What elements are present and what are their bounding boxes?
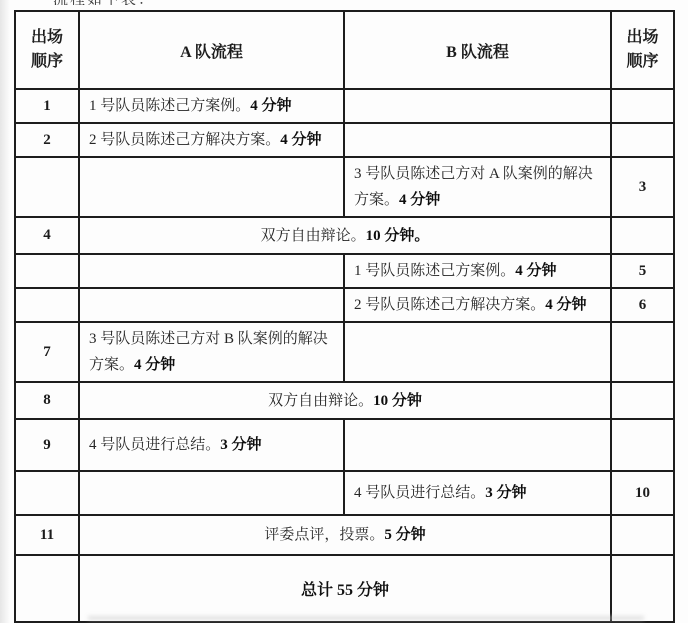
table-row: 8 双方自由辩论。10 分钟: [15, 382, 674, 419]
order-left-cell: [15, 254, 79, 288]
order-left-cell: 4: [15, 217, 79, 254]
order-left-cell: 1: [15, 89, 79, 123]
order-right-cell: [611, 217, 674, 254]
team-b-cell: [344, 419, 611, 471]
step-duration: 4 分钟: [515, 263, 556, 279]
table-row: 9 4 号队员进行总结。3 分钟: [15, 419, 674, 471]
scan-edge-shadow: [0, 0, 10, 623]
step-text: 评委点评，投票。: [264, 527, 384, 543]
order-right-cell: [611, 515, 674, 555]
table-row: 7 3 号队员陈述己方对 B 队案例的解决方案。4 分钟: [15, 322, 674, 382]
header-team-b: B 队流程: [344, 11, 611, 89]
total-row: 总计 55 分钟: [15, 555, 674, 622]
order-left-cell: 8: [15, 382, 79, 419]
step-duration: 4 分钟: [250, 98, 291, 114]
order-right-cell: [611, 89, 674, 123]
table-row: 1 1 号队员陈述己方案例。4 分钟: [15, 89, 674, 123]
team-b-cell: 4 号队员进行总结。3 分钟: [344, 471, 611, 515]
order-right-cell: [611, 322, 674, 382]
order-right-cell: [611, 555, 674, 622]
team-b-cell: 2 号队员陈述己方解决方案。4 分钟: [344, 288, 611, 322]
order-left-cell: [15, 555, 79, 622]
table-row: 2 号队员陈述己方解决方案。4 分钟 6: [15, 288, 674, 322]
order-right-cell: [611, 419, 674, 471]
step-text: 3 号队员陈述己方对 B 队案例的解决方案。: [89, 331, 328, 373]
table-row: 3 号队员陈述己方对 A 队案例的解决方案。4 分钟 3: [15, 157, 674, 217]
team-a-cell: [79, 157, 344, 217]
order-left-cell: 2: [15, 123, 79, 157]
merged-step-cell: 双方自由辩论。10 分钟: [79, 382, 611, 419]
order-right-cell: [611, 382, 674, 419]
header-row: 出场 顺序 A 队流程 B 队流程 出场 顺序: [15, 11, 674, 89]
team-b-cell: 3 号队员陈述己方对 A 队案例的解决方案。4 分钟: [344, 157, 611, 217]
step-text: 双方自由辩论。: [261, 228, 366, 244]
total-cell: 总计 55 分钟: [79, 555, 611, 622]
order-left-cell: [15, 471, 79, 515]
step-duration: 4 分钟: [545, 297, 586, 313]
clipped-top-text: 流程如下表：: [53, 0, 353, 5]
order-right-cell: 5: [611, 254, 674, 288]
scan-smudge-artifact: [88, 616, 644, 620]
team-a-cell: 1 号队员陈述己方案例。4 分钟: [79, 89, 344, 123]
table-row: 2 2 号队员陈述己方解决方案。4 分钟: [15, 123, 674, 157]
header-order-right: 出场 顺序: [611, 11, 674, 89]
step-duration: 4 分钟: [134, 357, 175, 373]
order-right-cell: [611, 123, 674, 157]
team-a-cell: [79, 288, 344, 322]
step-text: 3 号队员陈述己方对 A 队案例的解决方案。: [354, 166, 593, 208]
team-b-cell: [344, 322, 611, 382]
clipped-top-text-content: 流程如下表：: [53, 0, 353, 5]
table-row: 1 号队员陈述己方案例。4 分钟 5: [15, 254, 674, 288]
merged-step-cell: 评委点评，投票。5 分钟: [79, 515, 611, 555]
table-row: 4 双方自由辩论。10 分钟。: [15, 217, 674, 254]
step-text: 4 号队员进行总结。: [354, 485, 485, 501]
order-left-cell: 7: [15, 322, 79, 382]
step-text: 2 号队员陈述己方解决方案。: [354, 297, 545, 313]
order-right-cell: 10: [611, 471, 674, 515]
merged-step-cell: 双方自由辩论。10 分钟。: [79, 217, 611, 254]
team-a-cell: [79, 254, 344, 288]
step-duration: 10 分钟: [373, 393, 422, 409]
step-text: 1 号队员陈述己方案例。: [354, 263, 515, 279]
step-text: 1 号队员陈述己方案例。: [89, 98, 250, 114]
step-duration: 10 分钟。: [366, 228, 430, 244]
team-a-cell: 4 号队员进行总结。3 分钟: [79, 419, 344, 471]
header-team-a: A 队流程: [79, 11, 344, 89]
order-right-cell: 6: [611, 288, 674, 322]
team-a-cell: 3 号队员陈述己方对 B 队案例的解决方案。4 分钟: [79, 322, 344, 382]
step-text: 4 号队员进行总结。: [89, 437, 220, 453]
step-duration: 3 分钟: [220, 437, 261, 453]
step-text: 2 号队员陈述己方解决方案。: [89, 132, 280, 148]
step-text: 双方自由辩论。: [268, 393, 373, 409]
step-duration: 4 分钟: [399, 192, 440, 208]
team-a-cell: 2 号队员陈述己方解决方案。4 分钟: [79, 123, 344, 157]
header-order-left: 出场 顺序: [15, 11, 79, 89]
scanned-document-page: { "page": { "clipped_top_text": "流程如下表："…: [0, 0, 688, 623]
team-a-cell: [79, 471, 344, 515]
order-right-cell: 3: [611, 157, 674, 217]
debate-flow-table: 出场 顺序 A 队流程 B 队流程 出场 顺序 1 1 号队员陈述己方案例。4 …: [14, 10, 675, 623]
step-duration: 5 分钟: [384, 527, 425, 543]
step-duration: 3 分钟: [485, 485, 526, 501]
step-duration: 4 分钟: [280, 132, 321, 148]
order-left-cell: 11: [15, 515, 79, 555]
order-left-cell: 9: [15, 419, 79, 471]
team-b-cell: 1 号队员陈述己方案例。4 分钟: [344, 254, 611, 288]
team-b-cell: [344, 89, 611, 123]
order-left-cell: [15, 157, 79, 217]
team-b-cell: [344, 123, 611, 157]
table-row: 11 评委点评，投票。5 分钟: [15, 515, 674, 555]
table-row: 4 号队员进行总结。3 分钟 10: [15, 471, 674, 515]
order-left-cell: [15, 288, 79, 322]
